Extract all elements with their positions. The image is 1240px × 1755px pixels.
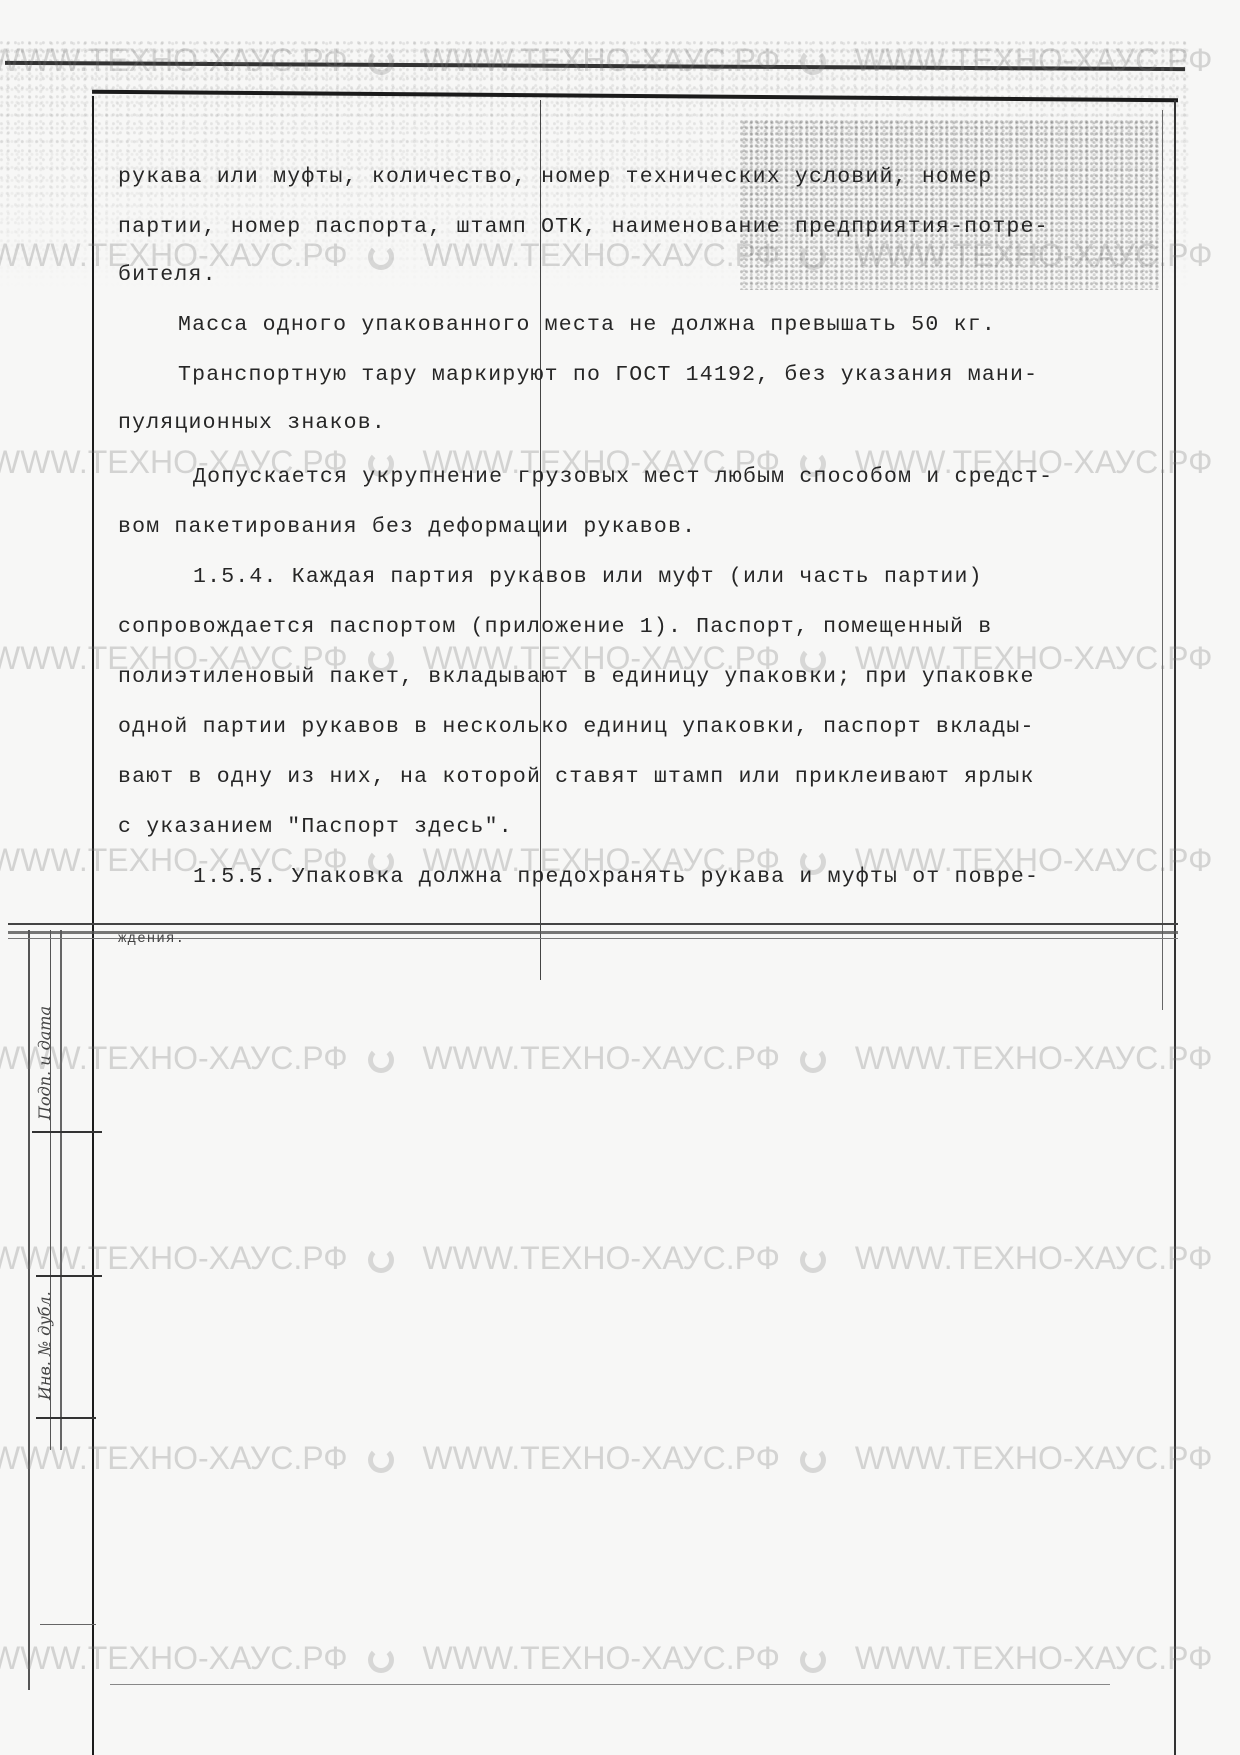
watermark-logo-icon	[368, 244, 394, 270]
text-line: одной партии рукавов в несколько единиц …	[118, 714, 1035, 740]
watermark-row: WWW.ТЕХНО-ХАУС.РФ WWW.ТЕХНО-ХАУС.РФ WWW.…	[0, 1240, 1240, 1277]
text-line: пуляционных знаков.	[118, 410, 386, 436]
margin-column-line	[28, 930, 30, 1690]
margin-row-line	[36, 1417, 96, 1419]
page-break-line	[8, 923, 1178, 925]
bottom-dash	[40, 1624, 96, 1625]
watermark-logo-icon	[368, 1247, 394, 1273]
watermark-logo-icon	[800, 1647, 826, 1673]
page-top-edge	[5, 61, 1185, 71]
margin-stamp-duplicate-inventory: Инв. № дубл.	[35, 1291, 54, 1400]
watermark-logo-icon	[368, 1447, 394, 1473]
watermark-text: WWW.ТЕХНО-ХАУС.РФ	[422, 1640, 780, 1677]
text-line: Транспортную тару маркируют по ГОСТ 1419…	[118, 362, 1038, 388]
watermark-text: WWW.ТЕХНО-ХАУС.РФ	[422, 1040, 780, 1077]
watermark-text: WWW.ТЕХНО-ХАУС.РФ	[0, 1640, 348, 1677]
watermark-row: WWW.ТЕХНО-ХАУС.РФ WWW.ТЕХНО-ХАУС.РФ WWW.…	[0, 1640, 1240, 1677]
frame-right-border	[1174, 100, 1176, 1755]
watermark-row: WWW.ТЕХНО-ХАУС.РФ WWW.ТЕХНО-ХАУС.РФ WWW.…	[0, 1440, 1240, 1477]
scan-noise-right	[740, 120, 1160, 290]
margin-stamp-signature-date: Подп. и дата	[35, 1006, 54, 1120]
frame-right-inner-border	[1162, 110, 1163, 1010]
watermark-text: WWW.ТЕХНО-ХАУС.РФ	[422, 1240, 780, 1277]
watermark-text: WWW.ТЕХНО-ХАУС.РФ	[855, 1640, 1213, 1677]
watermark-text: WWW.ТЕХНО-ХАУС.РФ	[0, 1240, 348, 1277]
text-line: вом пакетирования без деформации рукавов…	[118, 514, 696, 540]
watermark-text: WWW.ТЕХНО-ХАУС.РФ	[422, 42, 780, 79]
text-line: Масса одного упакованного места не должн…	[118, 312, 996, 338]
watermark-text: WWW.ТЕХНО-ХАУС.РФ	[422, 1440, 780, 1477]
text-line: Допускается укрупнение грузовых мест люб…	[118, 464, 1053, 490]
watermark-row: WWW.ТЕХНО-ХАУС.РФ WWW.ТЕХНО-ХАУС.РФ WWW.…	[0, 42, 1240, 79]
watermark-text: WWW.ТЕХНО-ХАУС.РФ	[422, 237, 780, 274]
margin-row-line	[32, 1131, 102, 1133]
margin-column-line	[60, 930, 62, 1450]
text-line: полиэтиленовый пакет, вкладывают в едини…	[118, 664, 1035, 690]
bottom-rule	[110, 1684, 1110, 1685]
watermark-text: WWW.ТЕХНО-ХАУС.РФ	[855, 1040, 1213, 1077]
watermark-text: WWW.ТЕХНО-ХАУС.РФ	[855, 1240, 1213, 1277]
watermark-logo-icon	[800, 244, 826, 270]
text-line: рукава или муфты, количество, номер техн…	[118, 164, 992, 190]
text-line: с указанием "Паспорт здесь".	[118, 814, 513, 840]
watermark-logo-icon	[800, 49, 826, 75]
watermark-logo-icon	[800, 1247, 826, 1273]
watermark-text: WWW.ТЕХНО-ХАУС.РФ	[855, 42, 1213, 79]
watermark-row: WWW.ТЕХНО-ХАУС.РФ WWW.ТЕХНО-ХАУС.РФ WWW.…	[0, 1040, 1240, 1077]
text-line-cut: ждения.	[118, 926, 185, 952]
text-line: вают в одну из них, на которой ставят шт…	[118, 764, 1035, 790]
section-1-5-5: 1.5.5. Упаковка должна предохранять рука…	[118, 864, 1039, 890]
watermark-text: WWW.ТЕХНО-ХАУС.РФ	[855, 1440, 1213, 1477]
frame-left-border	[92, 96, 94, 1755]
text-line: партии, номер паспорта, штамп ОТК, наиме…	[118, 214, 1049, 240]
text-line: бителя.	[118, 262, 217, 288]
watermark-logo-icon	[800, 1447, 826, 1473]
watermark-logo-icon	[368, 1647, 394, 1673]
watermark-logo-icon	[800, 1047, 826, 1073]
watermark-logo-icon	[368, 1047, 394, 1073]
watermark-text: WWW.ТЕХНО-ХАУС.РФ	[0, 1440, 348, 1477]
margin-row-line	[36, 1275, 102, 1277]
watermark-text: WWW.ТЕХНО-ХАУС.РФ	[855, 237, 1213, 274]
section-1-5-4: 1.5.4. Каждая партия рукавов или муфт (и…	[118, 564, 983, 590]
text-line: сопровождается паспортом (приложение 1).…	[118, 614, 992, 640]
frame-top-border	[92, 90, 1178, 103]
